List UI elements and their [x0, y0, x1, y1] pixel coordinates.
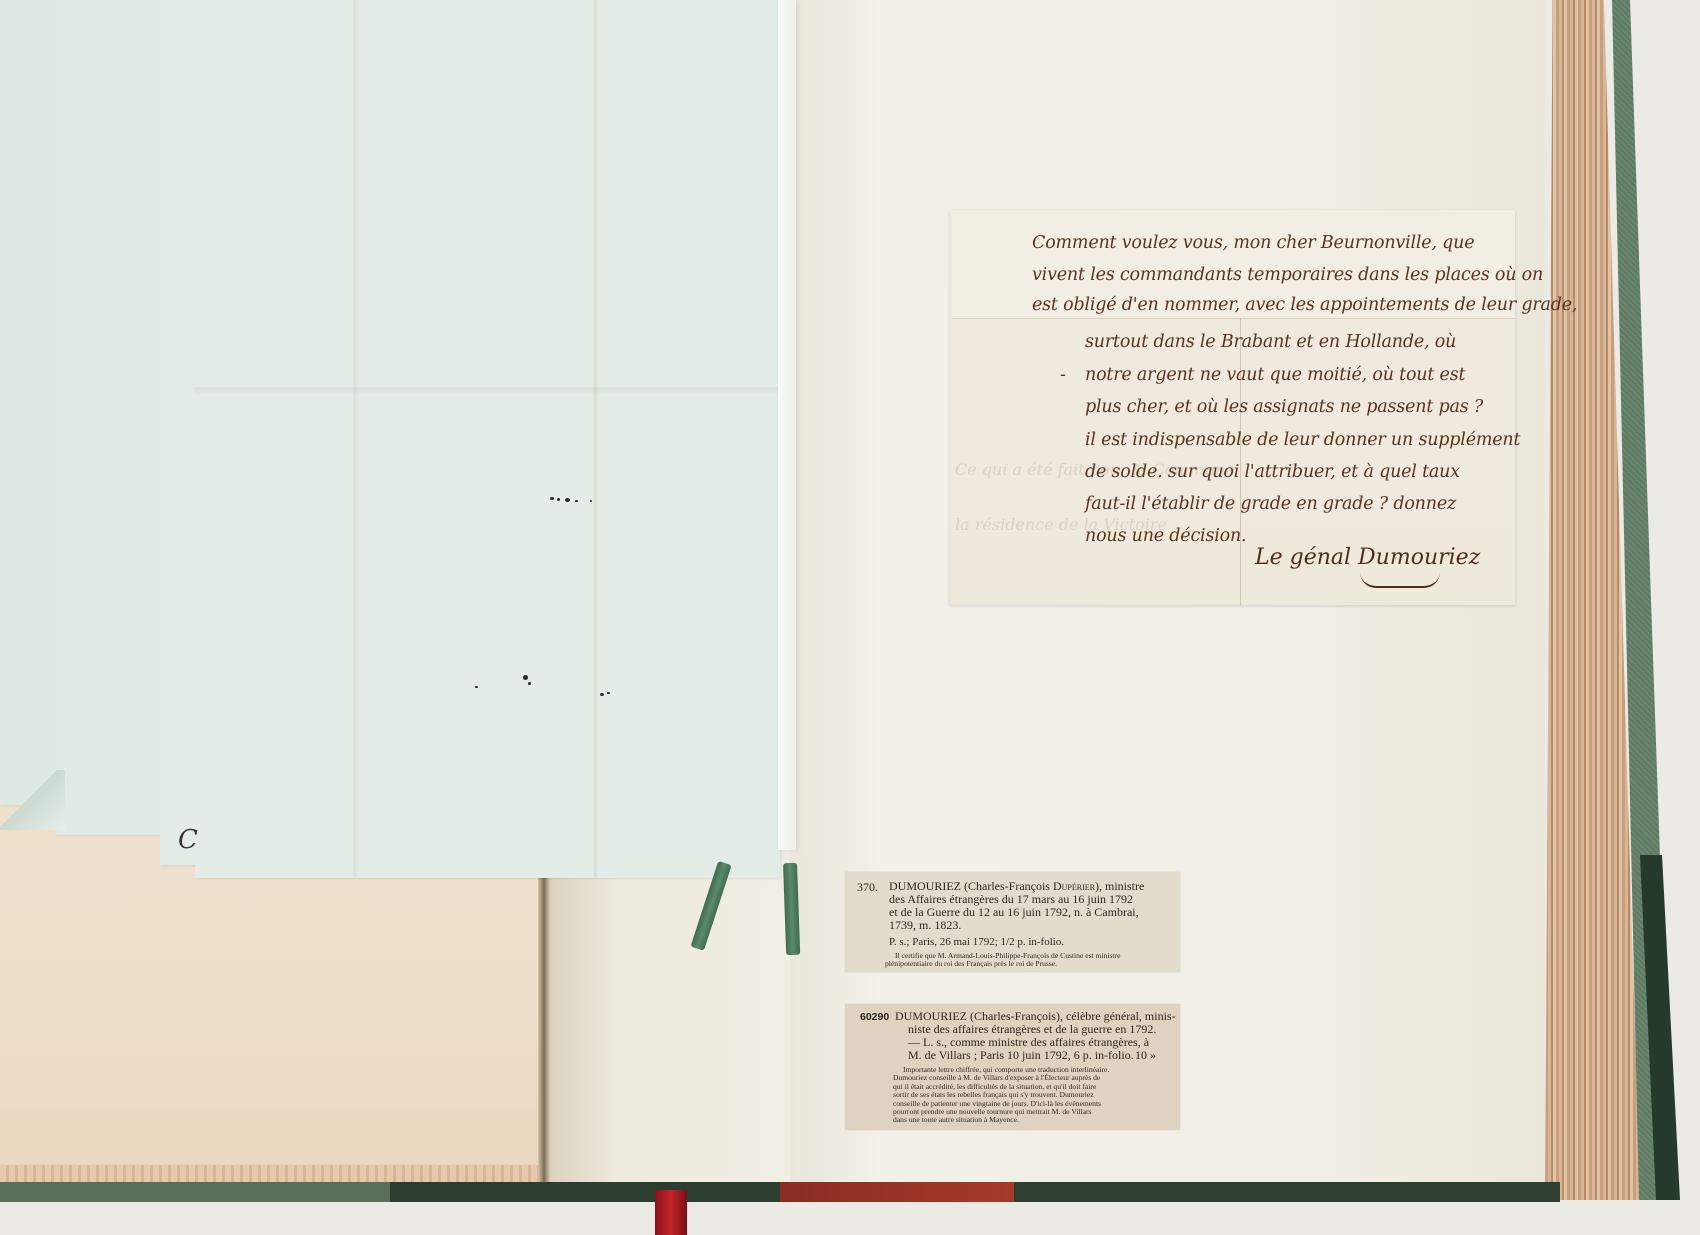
red-ribbon-bookmark — [655, 1190, 687, 1235]
signature: Le génal Dumouriez — [1255, 545, 1480, 570]
ink-mark — [600, 693, 604, 696]
letter-line: nous une décision. — [1085, 526, 1246, 546]
letter-line: est obligé d'en nommer, avec les appoint… — [1032, 295, 1577, 315]
heading-paren: (Charles-François — [964, 879, 1053, 893]
letter-line: il est indispensable de leur donner un s… — [1085, 430, 1520, 450]
ink-mark — [523, 675, 528, 680]
ink-mark — [557, 498, 560, 501]
ink-mark — [550, 497, 554, 500]
ink-mark — [475, 686, 478, 688]
bottom-binding — [0, 1182, 1560, 1202]
clipping-line: des Affaires étrangères du 17 mars au 16… — [889, 893, 1133, 906]
album-inner-page — [545, 860, 790, 1185]
ink-mark — [590, 500, 592, 502]
document-white-edge — [778, 0, 796, 850]
clipping-line: et de la Guerre du 12 au 16 juin 1792, n… — [889, 906, 1139, 919]
clipping-heading: DUMOURIEZ (Charles-François Dupérier), m… — [889, 880, 1144, 893]
heading-smallcaps: Dupérier — [1053, 879, 1095, 893]
folded-sheet-2 — [55, 0, 166, 835]
letter-line: notre argent ne vaut que moitié, où tout… — [1085, 365, 1465, 385]
left-page-edges — [0, 1165, 545, 1183]
folded-document-main — [195, 0, 780, 878]
handwritten-flourish: C — [178, 825, 198, 855]
signature-flourish — [1360, 572, 1440, 588]
catalog-clipping-60290: 60290 DUMOURIEZ (Charles-François), célè… — [845, 1004, 1180, 1130]
letter-line: de solde. sur quoi l'attribuer, et à que… — [1085, 462, 1460, 482]
heading-rest: (Charles-François), célèbre général, min… — [970, 1009, 1176, 1023]
clipping-line: — L. s., comme ministre des affaires étr… — [908, 1036, 1149, 1049]
note-line: dans une toute autre situation à Mayence… — [893, 1116, 1173, 1124]
letter-line: vivent les commandants temporaires dans … — [1032, 265, 1543, 285]
letter-line: faut-il l'établir de grade en grade ? do… — [1085, 494, 1456, 514]
book-gutter — [538, 860, 550, 1185]
heading-rest: ), ministre — [1095, 879, 1144, 893]
heading-name: DUMOURIEZ — [889, 879, 961, 893]
ink-mark — [565, 498, 570, 502]
catalog-clipping-370: 370. DUMOURIEZ (Charles-François Dupérie… — [845, 872, 1180, 972]
clipping-meta: P. s.; Paris, 26 mai 1792; 1/2 p. in-fol… — [889, 936, 1064, 948]
lot-number: 60290 — [860, 1011, 889, 1023]
clipping-line: 1739, m. 1823. — [889, 919, 961, 932]
ink-mark — [528, 682, 531, 685]
folded-corner — [0, 770, 65, 830]
heading-name: DUMOURIEZ — [895, 1009, 967, 1023]
ink-mark — [607, 692, 610, 694]
letter-line: Comment voulez vous, mon cher Beurnonvil… — [1032, 233, 1474, 253]
ink-mark — [575, 500, 578, 502]
clipping-line: M. de Villars ; Paris 10 juin 1792, 6 p.… — [908, 1049, 1134, 1062]
note-line: plénipotentiaire du roi des Français prè… — [885, 960, 1170, 968]
letter-line: surtout dans le Brabant et en Hollande, … — [1085, 332, 1456, 352]
lot-number: 370. — [857, 880, 878, 895]
clipping-note: Il certifie que M. Armand-Louis-Philippe… — [885, 952, 1170, 969]
clipping-note: Importante lettre chiffrée, qui comporte… — [893, 1066, 1173, 1125]
letter-line: plus cher, et où les assignats ne passen… — [1085, 397, 1483, 417]
price: 10 » — [1135, 1049, 1156, 1062]
clipping-line: niste des affaires étrangères et de la g… — [908, 1023, 1156, 1036]
clipping-heading: DUMOURIEZ (Charles-François), célèbre gé… — [895, 1010, 1176, 1023]
handwritten-letter: Ce qui a été fait pour la Commune la rés… — [950, 210, 1515, 605]
letter-margin-mark: - — [1060, 365, 1066, 385]
